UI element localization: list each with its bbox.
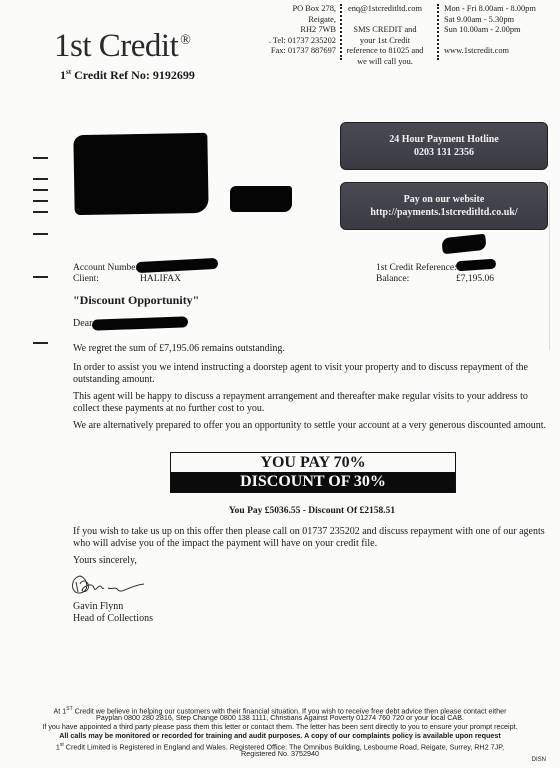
hotline-label: 24 Hour Payment Hotline — [341, 133, 547, 146]
closing-paragraph: If you wish to take us up on this offer … — [73, 526, 548, 550]
address-line: . Tel: 01737 235202 — [250, 36, 336, 47]
address-line: Reigate, — [250, 15, 336, 26]
hours-line — [444, 36, 556, 47]
fold-mark — [33, 157, 48, 159]
redacted-address-fragment — [230, 186, 292, 212]
offer-discount: DISCOUNT OF 30% — [171, 472, 455, 492]
fold-mark — [33, 211, 48, 213]
balance-value: £7,195.06 — [456, 274, 494, 285]
hours-line[interactable]: www.1stcredit.com — [444, 46, 556, 57]
sms-line[interactable]: enq@1stcreditltd.com — [342, 4, 428, 15]
balance-label: Balance: — [376, 274, 409, 285]
fold-mark — [33, 233, 48, 235]
hours-line: Sat 9.00am - 5.30pm — [444, 15, 556, 26]
sms-line — [342, 15, 428, 26]
sms-line: reference to 81025 and — [342, 46, 428, 57]
account-number-label: Account Number: — [73, 263, 141, 274]
you-pay-summary: You Pay £5036.55 - Discount Of £2158.51 — [170, 506, 454, 516]
ref-label: Credit Ref No: 9192699 — [71, 68, 195, 82]
fold-mark — [33, 276, 48, 278]
sms-line: SMS CREDIT and — [342, 25, 428, 36]
signoff: Yours sincerely, — [73, 555, 548, 567]
page-edge-strip — [549, 180, 560, 350]
payment-website-box: Pay on our website http://payments.1stcr… — [340, 182, 548, 230]
salutation: Dear — [73, 318, 548, 330]
hours-line: Mon - Fri 8.00am - 8.00pm — [444, 4, 556, 15]
divider-dotted — [437, 4, 439, 60]
company-logo: 1st Credit® — [54, 30, 190, 63]
website-label: Pay on our website — [341, 193, 547, 206]
fold-mark — [33, 178, 48, 180]
fold-mark — [33, 200, 48, 202]
redacted-mark — [441, 234, 486, 255]
website-link[interactable]: http://payments.1stcreditltd.co.uk/ — [341, 206, 547, 219]
paragraph: We are alternatively prepared to offer y… — [73, 420, 548, 432]
paragraph: We regret the sum of £7,195.06 remains o… — [73, 343, 548, 355]
footer-line: All calls may be monitored or recorded f… — [10, 732, 550, 741]
redacted-account-number — [136, 258, 218, 273]
address-line: PO Box 278, — [250, 4, 336, 15]
document-code: DISN — [532, 757, 546, 763]
client-label: Client: — [73, 274, 99, 285]
offer-you-pay: YOU PAY 70% — [171, 453, 455, 472]
logo-text: 1st Credit — [54, 28, 178, 64]
client-value: HALIFAX — [140, 274, 181, 285]
paragraph: In order to assist you we intend instruc… — [73, 362, 548, 386]
contact-email-sms: enq@1stcreditltd.comSMS CREDIT andyour 1… — [342, 4, 428, 68]
hours-line: Sun 10.00am - 2.00pm — [444, 25, 556, 36]
sms-line: we will call you. — [342, 57, 428, 68]
reference-label: 1st Credit Reference: — [376, 263, 457, 274]
address-line: Fax: 01737 887697 — [250, 46, 336, 57]
redacted-address — [73, 133, 208, 215]
opening-hours: Mon - Fri 8.00am - 8.00pmSat 9.00am - 5.… — [444, 4, 556, 57]
redacted-reference — [456, 259, 497, 272]
payment-hotline-box: 24 Hour Payment Hotline 0203 131 2356 — [340, 122, 548, 170]
fold-mark — [33, 342, 48, 344]
sms-line: your 1st Credit — [342, 36, 428, 47]
signer-name: Gavin Flynn — [73, 601, 548, 613]
credit-ref-number: 1st Credit Ref No: 9192699 — [60, 68, 195, 83]
hotline-number[interactable]: 0203 131 2356 — [341, 146, 547, 159]
paragraph: This agent will be happy to discuss a re… — [73, 391, 548, 415]
signature-icon — [68, 572, 148, 598]
footer-line: Registered No. 3752940 — [10, 750, 550, 759]
fold-mark — [33, 189, 48, 191]
postal-address: PO Box 278,Reigate,RH2 7WB. Tel: 01737 2… — [250, 4, 336, 57]
letter-title: "Discount Opportunity" — [73, 293, 199, 308]
address-line: RH2 7WB — [250, 25, 336, 36]
registered-mark: ® — [180, 33, 190, 48]
signer-title: Head of Collections — [73, 613, 548, 625]
discount-offer-box: YOU PAY 70% DISCOUNT OF 30% — [170, 452, 456, 493]
